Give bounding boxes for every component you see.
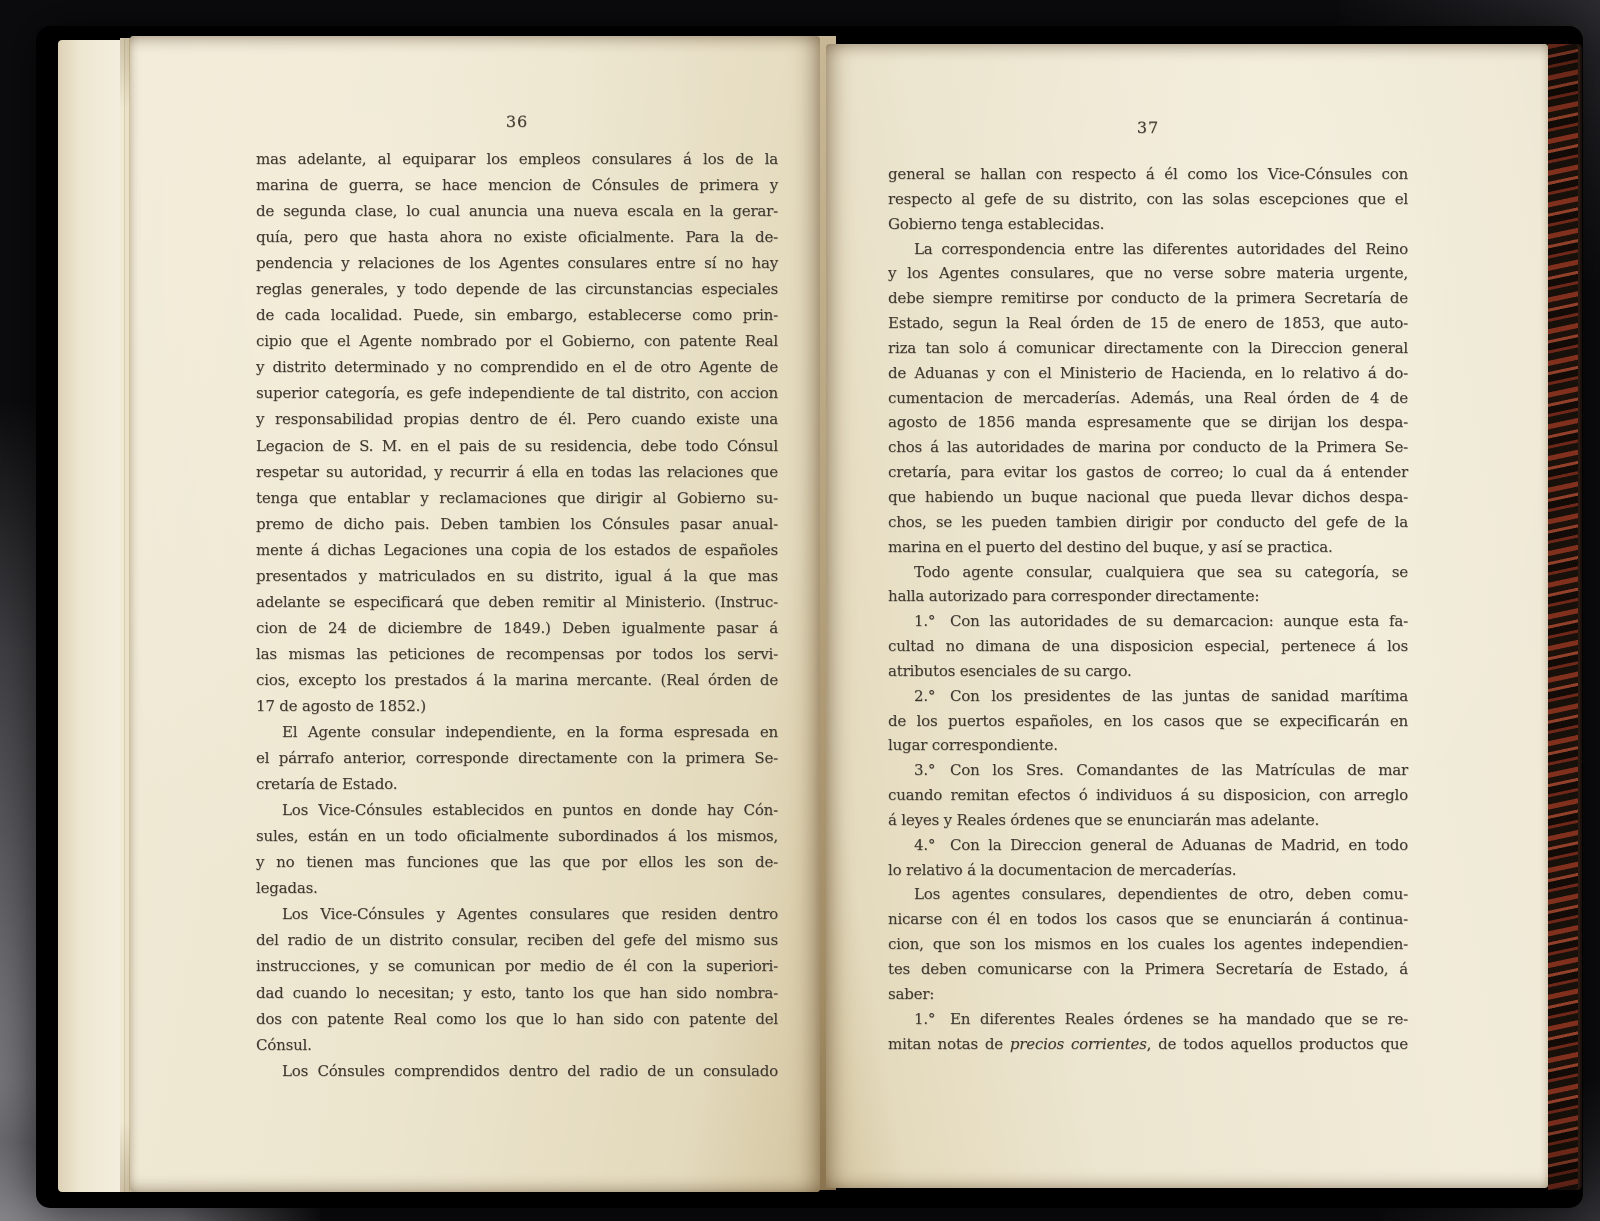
text-line: atributos esenciales de su cargo. <box>888 659 1408 684</box>
text-line: dos con patente Real como los que lo han… <box>256 1006 778 1032</box>
text-line: y los Agentes consulares, que no verse s… <box>888 261 1408 286</box>
text-line: Los Vice-Cónsules y Agentes consulares q… <box>256 901 778 927</box>
text-line: Los agentes consulares, dependientes de … <box>888 882 1408 907</box>
text-line: mas adelante, al equiparar los empleos c… <box>256 146 778 172</box>
text-line: las mismas las peticiones de recompensas… <box>256 641 778 667</box>
text-line: Los Vice-Cónsules establecidos en puntos… <box>256 797 778 823</box>
text-line: Estado, segun la Real órden de 15 de ene… <box>888 311 1408 336</box>
text-line: cumentacion de mercaderías. Además, una … <box>888 386 1408 411</box>
text-line: Todo agente consular, cualquiera que sea… <box>888 560 1408 585</box>
text-line: cion, que son los mismos en los cuales l… <box>888 932 1408 957</box>
text-line: El Agente consular independiente, en la … <box>256 719 778 745</box>
text-line: cion de 24 de diciembre de 1849.) Deben … <box>256 615 778 641</box>
text-line: 1.° Con las autoridades de su demarcacio… <box>888 609 1408 634</box>
text-line: 2.° Con los presidentes de las juntas de… <box>888 684 1408 709</box>
text-line: cretaría, para evitar los gastos de corr… <box>888 460 1408 485</box>
text-line: cretaría de Estado. <box>256 771 778 797</box>
text-line: lugar correspondiente. <box>888 733 1408 758</box>
text-line: instrucciones, y se comunican por medio … <box>256 953 778 979</box>
text-line: reglas generales, y todo depende de las … <box>256 276 778 302</box>
text-line: y no tienen mas funciones que las que po… <box>256 849 778 875</box>
text-line: Legacion de S. M. en el pais de su resid… <box>256 433 778 459</box>
text-line: Gobierno tenga establecidas. <box>888 212 1408 237</box>
text-line: cultad no dimana de una disposicion espe… <box>888 634 1408 659</box>
text-line: tes deben comunicarse con la Primera Sec… <box>888 957 1408 982</box>
text-line: pendencia y relaciones de los Agentes co… <box>256 250 778 276</box>
italic-text: precios corrientes <box>1010 1035 1147 1053</box>
text-line: chos, se les pueden tambien dirigir por … <box>888 510 1408 535</box>
left-page: 36 mas adelante, al equiparar los empleo… <box>130 36 820 1192</box>
text-line: premo de dicho pais. Deben tambien los C… <box>256 511 778 537</box>
text-line: quía, pero que hasta ahora no existe ofi… <box>256 224 778 250</box>
text-line: de segunda clase, lo cual anuncia una nu… <box>256 198 778 224</box>
text-line: agosto de 1856 manda espresamente que se… <box>888 410 1408 435</box>
text-line: 17 de agosto de 1852.) <box>256 693 778 719</box>
text-segment: , de todos aquellos productos que <box>1147 1035 1408 1053</box>
text-line: cuando remitan efectos ó individuos á su… <box>888 783 1408 808</box>
text-line: de los puertos españoles, en los casos q… <box>888 709 1408 734</box>
text-line: general se hallan con respecto á él como… <box>888 162 1408 187</box>
text-line: mitan notas de precios corrientes, de to… <box>888 1032 1408 1057</box>
page-number-right: 37 <box>888 118 1408 137</box>
text-line: debe siempre remitirse por conducto de l… <box>888 286 1408 311</box>
text-line: de Aduanas y con el Ministerio de Hacien… <box>888 361 1408 386</box>
text-line: superior categoría, es gefe independient… <box>256 380 778 406</box>
text-line: y distrito determinado y no comprendido … <box>256 354 778 380</box>
text-line: Cónsul. <box>256 1032 778 1058</box>
flyleaf-edge <box>58 40 126 1192</box>
text-line: del radio de un distrito consular, recib… <box>256 927 778 953</box>
text-line: Los Cónsules comprendidos dentro del rad… <box>256 1058 778 1084</box>
text-line: chos á las autoridades de marina por con… <box>888 435 1408 460</box>
page-number-left: 36 <box>256 112 778 131</box>
text-line: respecto al gefe de su distrito, con las… <box>888 187 1408 212</box>
text-line: halla autorizado para corresponder direc… <box>888 584 1408 609</box>
text-line: riza tan solo á comunicar directamente c… <box>888 336 1408 361</box>
text-line: 3.° Con los Sres. Comandantes de las Mat… <box>888 758 1408 783</box>
text-line: respetar su autoridad, y recurrir á ella… <box>256 459 778 485</box>
marbled-edge <box>1548 44 1578 1190</box>
text-line: marina en el puerto del destino del buqu… <box>888 535 1408 560</box>
text-line: nicarse con él en todos los casos que se… <box>888 907 1408 932</box>
text-line: La correspondencia entre las diferentes … <box>888 237 1408 262</box>
text-line: y responsabilidad propias dentro de él. … <box>256 406 778 432</box>
text-line: el párrafo anterior, corresponde directa… <box>256 745 778 771</box>
text-line: á leyes y Reales órdenes que se enunciar… <box>888 808 1408 833</box>
text-line: saber: <box>888 982 1408 1007</box>
text-line: de cada localidad. Puede, sin embargo, e… <box>256 302 778 328</box>
text-line: sules, están en un todo oficialmente sub… <box>256 823 778 849</box>
text-line: que habiendo un buque nacional que pueda… <box>888 485 1408 510</box>
text-line: 4.° Con la Direccion general de Aduanas … <box>888 833 1408 858</box>
text-line: legadas. <box>256 875 778 901</box>
text-line: marina de guerra, se hace mencion de Cón… <box>256 172 778 198</box>
text-block-left: mas adelante, al equiparar los empleos c… <box>256 146 778 1084</box>
text-line: cios, excepto los prestados á la marina … <box>256 667 778 693</box>
text-line: cipio que el Agente nombrado por el Gobi… <box>256 328 778 354</box>
text-block-right: general se hallan con respecto á él como… <box>888 162 1408 1056</box>
text-segment: mitan notas de <box>888 1035 1010 1053</box>
text-line: mente á dichas Legaciones una copia de l… <box>256 537 778 563</box>
right-page: 37 general se hallan con respecto á él c… <box>826 44 1548 1188</box>
text-line: presentados y matriculados en su distrit… <box>256 563 778 589</box>
text-line: lo relativo á la documentacion de mercad… <box>888 858 1408 883</box>
text-line: dad cuando lo necesitan; y esto, tanto l… <box>256 980 778 1006</box>
text-line: adelante se especificará que deben remit… <box>256 589 778 615</box>
text-line: 1.° En diferentes Reales órdenes se ha m… <box>888 1007 1408 1032</box>
text-line: tenga que entablar y reclamaciones que d… <box>256 485 778 511</box>
